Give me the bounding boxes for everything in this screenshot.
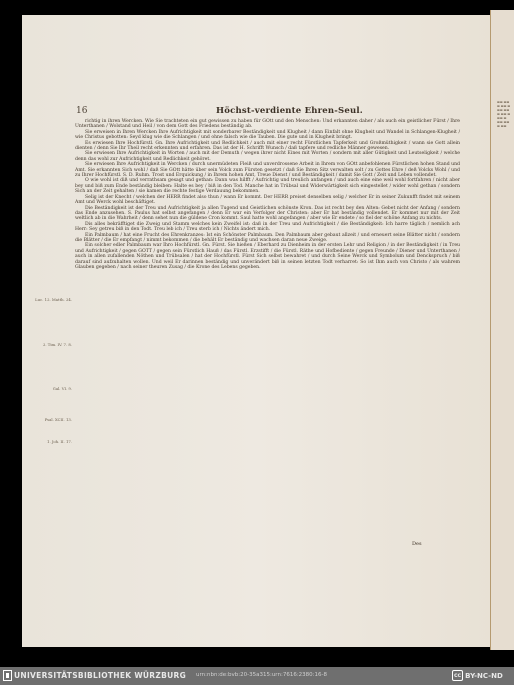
- paragraph: Sie erweisen in Ihren Wercken Ihre Aufri…: [75, 130, 460, 141]
- marginal-note: Gal. VI. 9.: [28, 387, 72, 391]
- library-name-link[interactable]: UNIVERSITÄTSBIBLIOTHEK WÜRZBURG: [14, 671, 186, 680]
- marginal-note: 2. Tim. IV. 7. 8.: [28, 343, 72, 347]
- marginal-note: Luc. 12. Matth. 24.: [28, 298, 72, 302]
- paragraph: Selig ist der Knecht / welchen der HERR …: [75, 195, 460, 206]
- catchword: Des: [412, 541, 422, 547]
- page-number: 16: [76, 106, 87, 116]
- license-link[interactable]: cc BY-NC-ND: [452, 670, 503, 681]
- marginal-note: 1. Joh. II. 17.: [28, 440, 72, 444]
- facing-page-edge: ▬▬ ▬▬ ▬ ▬▬ ▬ ▬▬ ▬▬ ▬ ▬▬ ▬ ▬▬ ▬ ▬▬ ▬▬ ▬ ▬…: [490, 10, 514, 650]
- license-label: BY-NC-ND: [465, 672, 503, 680]
- paragraph: Sie erwiesen Ihre Aufrichtigkeit in Werc…: [75, 162, 460, 178]
- urn-identifier: urn:nbn:de:bvb:20-35a315:urn:7616:2380:1…: [196, 672, 327, 678]
- paragraph: O wie wohl ist diß und verrathsam gesagt…: [75, 178, 460, 194]
- paragraph: Es erwiesen Ihre Hochfürstl. Gn. Ihre Au…: [75, 141, 460, 152]
- paragraph: Sie erwiesen Ihre Aufrichtigkeit in Wort…: [75, 151, 460, 162]
- body-text: richtig in ihren Wercken. Wie Sie tracht…: [75, 119, 460, 270]
- paragraph: Die Beständigkeit ist der Treu und Aufri…: [75, 206, 460, 222]
- running-title: Höchst-verdiente Ehren-Seul.: [216, 106, 363, 116]
- paragraph: Ein Palmbaum / hat eine Frucht des Ehren…: [75, 233, 460, 244]
- library-logo-icon[interactable]: [3, 670, 12, 681]
- page-header: 16 Höchst-verdiente Ehren-Seul.: [76, 106, 456, 118]
- paragraph: Dis alles bekräfftiget die Zweig und Sta…: [75, 222, 460, 233]
- creative-commons-icon: cc: [452, 670, 463, 681]
- footer-bar: UNIVERSITÄTSBIBLIOTHEK WÜRZBURG urn:nbn:…: [0, 667, 514, 685]
- paragraph: Ein solcher edler Palmbaum war Ihro Hoch…: [75, 243, 460, 270]
- marginal-note: Psal. XCII. 13.: [28, 418, 72, 422]
- facing-page-text: ▬▬ ▬▬ ▬ ▬▬ ▬ ▬▬ ▬▬ ▬ ▬▬ ▬ ▬▬ ▬ ▬▬ ▬▬ ▬ ▬…: [497, 100, 513, 128]
- paragraph: richtig in ihren Wercken. Wie Sie tracht…: [75, 119, 460, 130]
